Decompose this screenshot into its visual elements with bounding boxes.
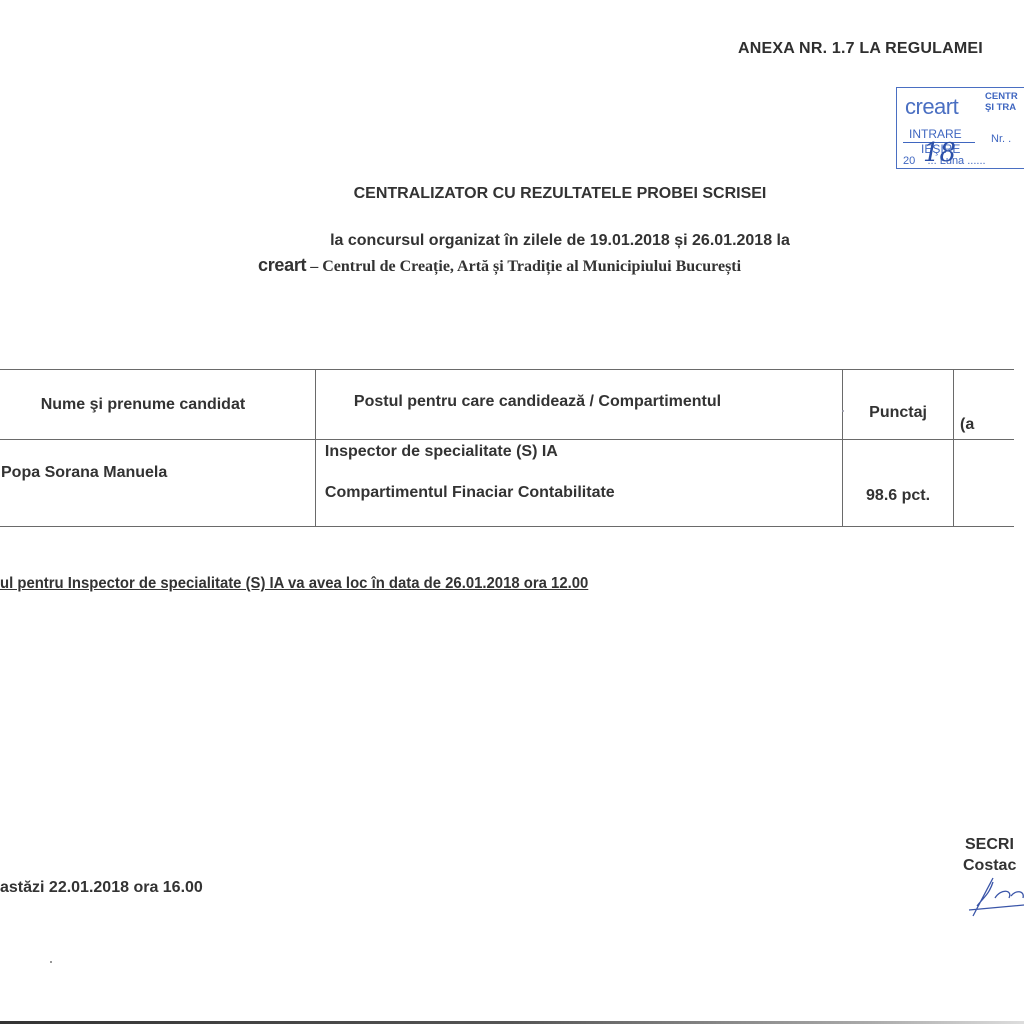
stamp-org-name: CENTR ŞI TRA: [985, 91, 1018, 113]
header-extra: (a: [954, 370, 1014, 440]
document-title: CENTRALIZATOR CU REZULTATELE PROBEI SCRI…: [0, 185, 1024, 203]
interview-note: ul pentru Inspector de specialitate (S) …: [0, 575, 588, 593]
document-subtitle-line2: creart – Centrul de Creație, Artă și Tra…: [258, 255, 741, 276]
secretary-title: SECRI: [965, 836, 1014, 854]
cell-extra: [954, 440, 1014, 527]
signature-mark: [965, 876, 1024, 926]
creart-logo: creart: [258, 255, 306, 275]
secretary-name: Costac: [963, 857, 1016, 875]
stamp-logo: creart: [905, 94, 958, 120]
scan-speck: [50, 961, 52, 963]
header-score: Punctaj: [843, 370, 954, 440]
stamp-handwritten-year: 18: [923, 138, 956, 168]
stamp-number: Nr. .: [991, 133, 1011, 145]
registration-stamp: creart CENTR ŞI TRA INTRARE IEŞIRE Nr. .…: [896, 87, 1024, 169]
institution-name: – Centrul de Creație, Artă și Tradiție a…: [306, 258, 741, 275]
annex-header: ANEXA NR. 1.7 LA REGULAMEI: [738, 40, 983, 58]
stamp-year-prefix: 20: [903, 155, 915, 167]
cell-department: Compartimentul Finaciar Contabilitate: [325, 484, 842, 502]
table-row: Popa Sorana Manuela Inspector de special…: [0, 440, 1014, 527]
header-position: Postul pentru care candidează / Comparti…: [315, 370, 842, 440]
stamp-org-line1: CENTR: [985, 91, 1018, 102]
results-table: Nume şi prenume candidat Postul pentru c…: [0, 369, 1014, 527]
display-date: astăzi 22.01.2018 ora 16.00: [0, 879, 203, 897]
cell-candidate-name: Popa Sorana Manuela: [0, 440, 315, 527]
cell-position: Inspector de specialitate (S) IA Compart…: [315, 440, 842, 527]
stamp-org-line2: ŞI TRA: [985, 102, 1018, 113]
document-subtitle-line1: la concursul organizat în zilele de 19.0…: [0, 232, 1024, 250]
table-header-row: Nume şi prenume candidat Postul pentru c…: [0, 370, 1014, 440]
cell-post: Inspector de specialitate (S) IA: [325, 443, 842, 461]
scan-speck: [842, 410, 844, 412]
cell-score: 98.6 pct.: [843, 440, 954, 527]
header-candidate-name: Nume şi prenume candidat: [0, 370, 315, 440]
